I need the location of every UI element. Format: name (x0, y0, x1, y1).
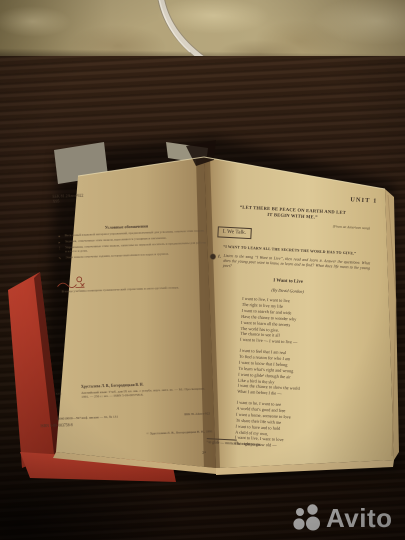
poem-stanza-2: I want to feel that I am real To find a … (237, 348, 302, 398)
isbn-number: ISBN 5-09-003758-8 (40, 423, 73, 428)
task-1: 1. Listen to the song “I Want to Live”, … (210, 253, 371, 276)
legend-symbol-icon: ● (56, 234, 63, 238)
photo-open-book: ББК 81.2Англ-922 Х95 Условные обозначени… (0, 0, 405, 540)
listen-icon (210, 254, 215, 259)
legend-symbol-icon: ! (56, 247, 63, 255)
legend-list: ● Весь новый языковой материал упражнени… (56, 229, 207, 274)
epigraph: “LET THERE BE PEACE ON EARTH AND LET IT … (216, 203, 368, 223)
right-page-content: UNIT 1 “LET THERE BE PEACE ON EARTH AND … (197, 186, 384, 485)
epigraph-source: (From an American song) (333, 224, 370, 230)
legend-item-text: Этим знаком отмечены задания, которые вы… (65, 253, 169, 261)
margin-code: Х95 (55, 392, 61, 396)
legend-symbol-icon: ✎ (56, 257, 63, 261)
signature-mark: 3* (202, 450, 206, 455)
legend-symbol-icon: ▸ (56, 241, 63, 245)
bbk-code: ББК 81.2Англ-922 Х95 (52, 193, 83, 204)
avito-watermark: Avito (292, 497, 404, 539)
avito-logo-icon (292, 502, 322, 534)
section-box: I. We Talk. (217, 226, 251, 238)
poem-stanza-1: I want to live, I want to live The right… (240, 296, 300, 346)
watermark-label: Avito (326, 503, 393, 534)
task-number: 1. (217, 253, 221, 268)
left-page-content: ББК 81.2Англ-922 Х95 Условные обозначени… (45, 152, 226, 468)
unit-heading: UNIT 1 (350, 196, 378, 204)
task-text: Listen to the song “I Want to Live”, the… (223, 254, 370, 276)
catalog-entry: Английский язык: Учеб. для IX кл. шк. с … (81, 387, 205, 399)
codes-line: 4306010000—597 инф. письмо — 91, № 131 Б… (56, 411, 210, 420)
code-left: 4306010000—597 инф. письмо — 91, № 131 (56, 415, 118, 421)
copyright-line: © Хрусталева Л. В., Богородицкая В. Н., … (65, 429, 213, 438)
